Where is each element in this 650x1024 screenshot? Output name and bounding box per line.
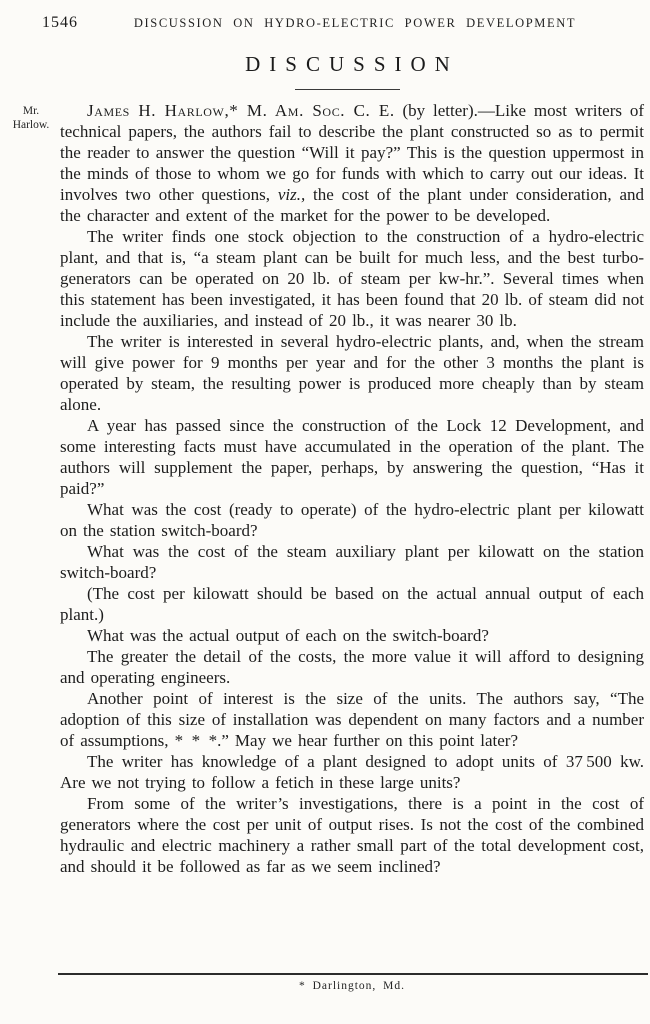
paragraph: The writer is interested in several hydr…	[60, 331, 644, 415]
running-head: Discussion on Hydro-Electric Power Devel…	[70, 16, 640, 31]
paragraph: The greater the detail of the costs, the…	[60, 646, 644, 688]
footnote: * Darlington, Md.	[60, 980, 644, 992]
title-rule	[295, 89, 400, 90]
paragraph-opening: James H. Harlow,* M. Am. Soc. C. E. (by …	[60, 100, 644, 226]
margin-note-line1: Mr.	[23, 105, 39, 117]
paragraph: What was the cost of the steam auxiliary…	[60, 541, 644, 583]
body-text: James H. Harlow,* M. Am. Soc. C. E. (by …	[60, 100, 644, 877]
margin-note-speaker: Mr. Harlow.	[4, 105, 58, 132]
paragraph: From some of the writer’s investigations…	[60, 793, 644, 877]
paragraph: Another point of interest is the size of…	[60, 688, 644, 751]
speaker-name: James H. Harlow,* M. Am. Soc. C. E.	[87, 101, 395, 120]
footnote-rule	[58, 973, 648, 975]
page-header: 1546 Discussion on Hydro-Electric Power …	[0, 14, 650, 34]
paragraph: (The cost per kilowatt should be based o…	[60, 583, 644, 625]
viz-abbreviation: viz.,	[278, 185, 305, 204]
document-page: 1546 Discussion on Hydro-Electric Power …	[0, 0, 650, 1024]
section-title: DISCUSSION	[60, 52, 644, 77]
paragraph: A year has passed since the construction…	[60, 415, 644, 499]
margin-note-line2: Harlow.	[13, 119, 50, 131]
paragraph: What was the actual output of each on th…	[60, 625, 644, 646]
paragraph: What was the cost (ready to operate) of …	[60, 499, 644, 541]
paragraph: The writer has knowledge of a plant desi…	[60, 751, 644, 793]
paragraph: The writer finds one stock objection to …	[60, 226, 644, 331]
